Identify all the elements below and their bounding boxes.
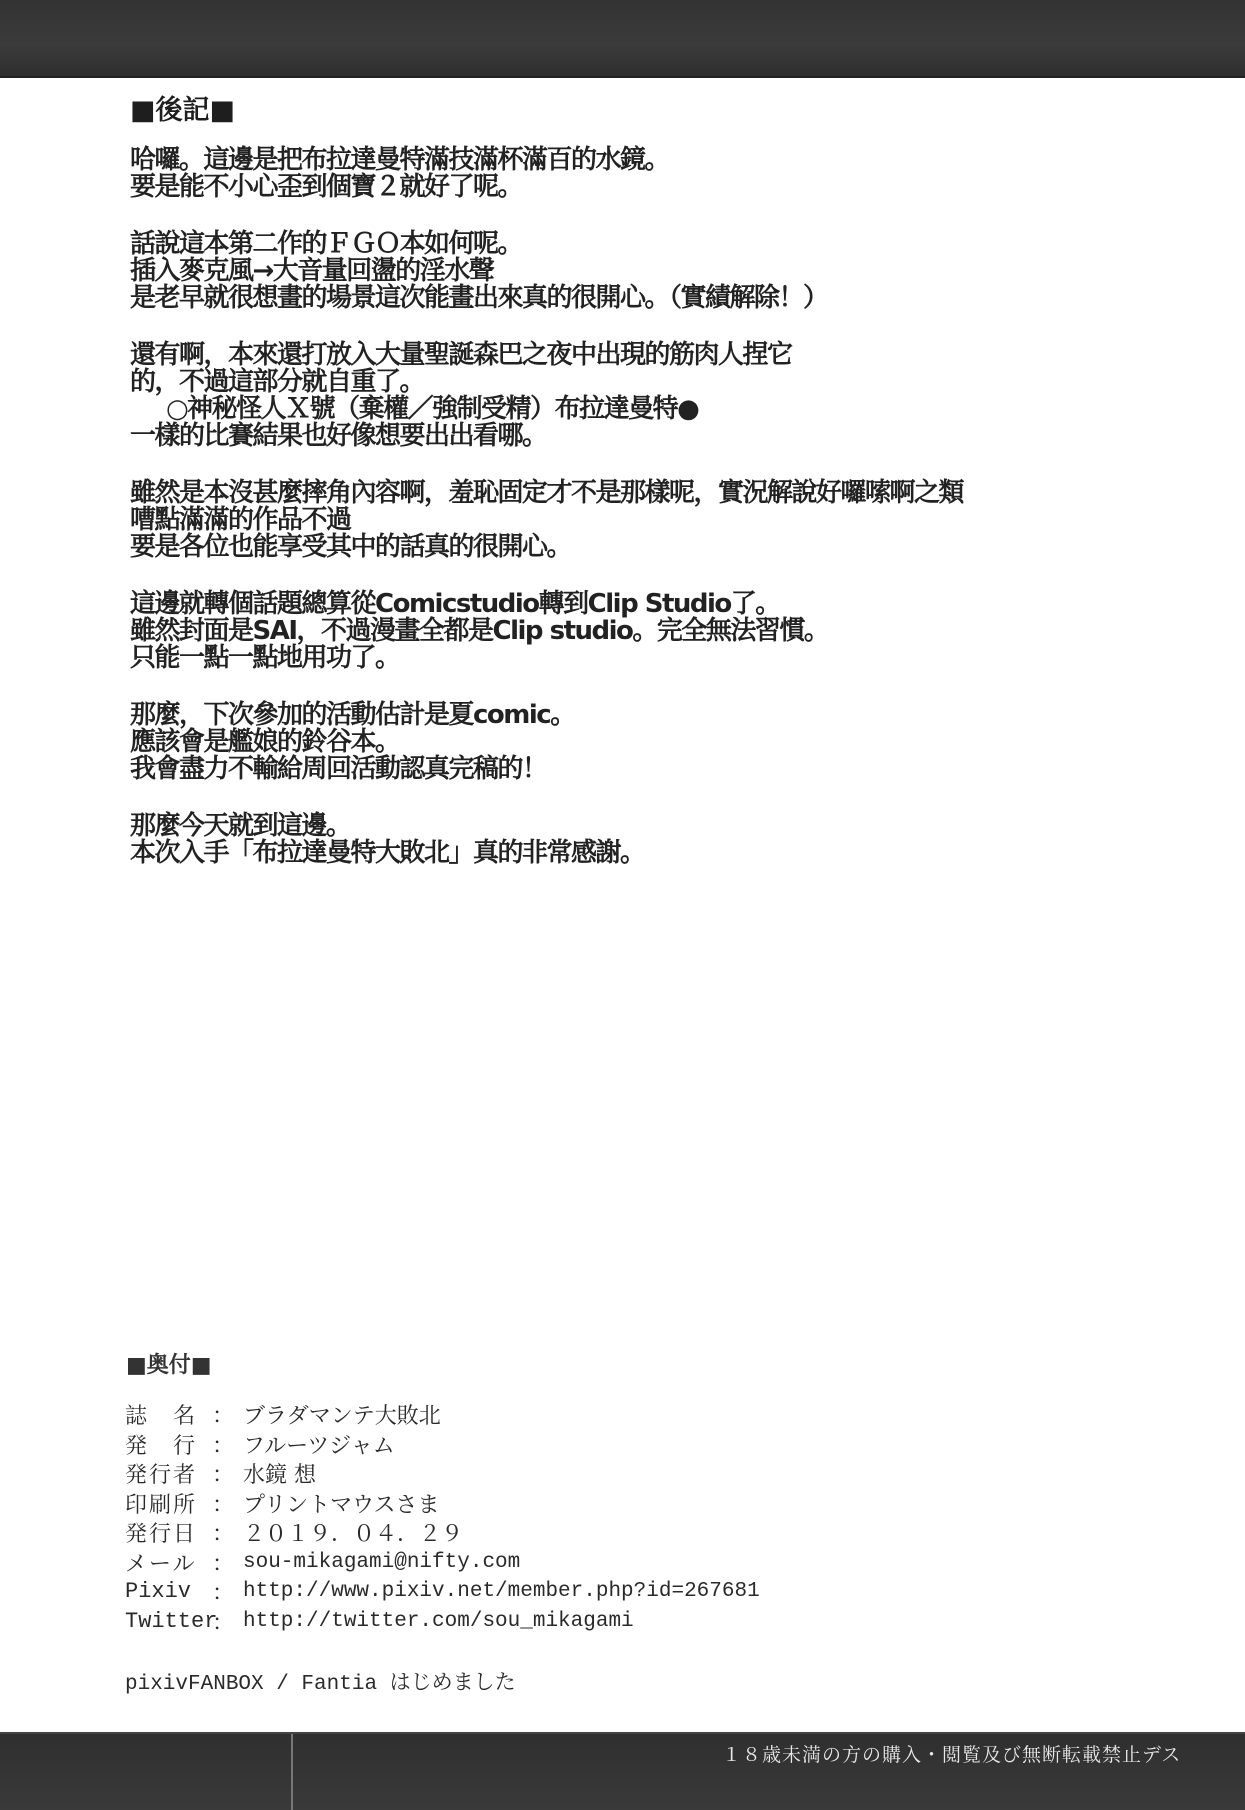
- afterword-line: 這邊就轉個話題總算從Comicstudio轉到Clip Studio了。: [130, 591, 1130, 618]
- colophon-row-pixiv: Pixiv ： http://www.pixiv.net/member.php?…: [125, 1577, 825, 1607]
- afterword-paragraph-4: 雖然是本沒甚麼摔角內容啊，羞恥固定才不是那樣呢，實況解說好囉嗦啊之類 嘈點滿滿的…: [130, 480, 1130, 561]
- colophon-key: 印刷所: [125, 1488, 208, 1519]
- afterword-line: 嘈點滿滿的作品不過: [130, 507, 1130, 534]
- afterword-paragraph-1: 哈囉。這邊是把布拉達曼特滿技滿杯滿百的水鏡。 要是能不小心歪到個寶２就好了呢。: [130, 147, 1130, 201]
- colophon-colon: ：: [208, 1399, 243, 1430]
- afterword-body: 哈囉。這邊是把布拉達曼特滿技滿杯滿百的水鏡。 要是能不小心歪到個寶２就好了呢。 …: [130, 147, 1130, 897]
- colophon-value: プリントマウスさま: [243, 1488, 439, 1519]
- colophon-row-email: メール ： sou-mikagami@nifty.com: [125, 1548, 825, 1578]
- afterword-line: 本次入手「布拉達曼特大敗北」真的非常感謝。: [130, 840, 1130, 867]
- afterword-line: 是老早就很想畫的場景這次能畫出來真的很開心。（實績解除！）: [130, 285, 1130, 312]
- afterword-line: 那麼，下次參加的活動估計是夏comic。: [130, 702, 1130, 729]
- colophon-key: 発行者: [125, 1458, 208, 1489]
- age-restriction-notice: １８歳未満の方の購入・閲覧及び無断転載禁止デス: [722, 1740, 1181, 1767]
- colophon-value: フルーツジャム: [243, 1429, 395, 1460]
- afterword-line: 雖然是本沒甚麼摔角內容啊，羞恥固定才不是那樣呢，實況解說好囉嗦啊之類: [130, 480, 1130, 507]
- top-dark-band: [0, 0, 1245, 78]
- colophon-value: ブラダマンテ大敗北: [243, 1399, 441, 1430]
- bottom-dark-band: １８歳未満の方の購入・閲覧及び無断転載禁止デス: [0, 1732, 1245, 1810]
- band-divider: [291, 1734, 293, 1810]
- afterword-line: 應該會是艦娘的鈴谷本。: [130, 729, 1130, 756]
- afterword-line: 要是能不小心歪到個寶２就好了呢。: [130, 174, 1130, 201]
- colophon-colon: ：: [208, 1458, 243, 1489]
- colophon-key: 発 行: [125, 1429, 208, 1460]
- colophon-key: メール: [125, 1547, 208, 1578]
- colophon-table: 誌 名 ： ブラダマンテ大敗北 発 行 ： フルーツジャム 発行者 ： 水鏡 想…: [125, 1400, 825, 1636]
- afterword-line: 要是各位也能享受其中的話真的很開心。: [130, 534, 1130, 561]
- colophon-email-link[interactable]: sou-mikagami@nifty.com: [243, 1551, 520, 1574]
- afterword-line: 我會盡力不輸給周回活動認真完稿的！: [130, 756, 1130, 783]
- colophon-colon: ：: [208, 1429, 243, 1460]
- afterword-heading: ■後記■: [130, 88, 235, 127]
- afterword-paragraph-7: 那麼今天就到這邊。 本次入手「布拉達曼特大敗北」真的非常感謝。: [130, 813, 1130, 867]
- afterword-paragraph-2: 話說這本第二作的ＦＧＯ本如何呢。 插入麥克風→大音量回盪的淫水聲 是老早就很想畫…: [130, 231, 1130, 312]
- colophon-row-twitter: Twitter ： http://twitter.com/sou_mikagam…: [125, 1607, 825, 1637]
- colophon-twitter-link[interactable]: http://twitter.com/sou_mikagami: [243, 1610, 634, 1633]
- colophon-colon: ：: [208, 1606, 243, 1637]
- afterword-paragraph-6: 那麼，下次參加的活動估計是夏comic。 應該會是艦娘的鈴谷本。 我會盡力不輸給…: [130, 702, 1130, 783]
- fanbox-fantia-note: pixivFANBOX / Fantia はじめました: [125, 1666, 516, 1696]
- afterword-line: 哈囉。這邊是把布拉達曼特滿技滿杯滿百的水鏡。: [130, 147, 1130, 174]
- afterword-line: 雖然封面是SAI，不過漫畫全都是Clip studio。完全無法習慣。: [130, 618, 1130, 645]
- colophon-key: 発行日: [125, 1517, 208, 1548]
- colophon-colon: ：: [208, 1547, 243, 1578]
- colophon-colon: ：: [208, 1517, 243, 1548]
- colophon-key: 誌 名: [125, 1399, 208, 1430]
- colophon-colon: ：: [208, 1488, 243, 1519]
- colophon-value: 水鏡 想: [243, 1458, 316, 1489]
- colophon-pixiv-link[interactable]: http://www.pixiv.net/member.php?id=26768…: [243, 1580, 760, 1603]
- colophon-row-date: 発行日 ： ２０１９．０４．２９: [125, 1518, 825, 1548]
- afterword-line: 話說這本第二作的ＦＧＯ本如何呢。: [130, 231, 1130, 258]
- afterword-line: 一樣的比賽結果也好像想要出出看哪。: [130, 423, 1130, 450]
- afterword-line: 的，不過這部分就自重了。: [130, 369, 1130, 396]
- colophon-row-author: 発行者 ： 水鏡 想: [125, 1459, 825, 1489]
- afterword-line-indented: ○神秘怪人Ｘ號（棄權／強制受精）布拉達曼特●: [130, 396, 1130, 423]
- afterword-line: 還有啊，本來還打放入大量聖誕森巴之夜中出現的筋肉人捏它: [130, 342, 1130, 369]
- colophon-key: Pixiv: [125, 1579, 208, 1604]
- afterword-line: 那麼今天就到這邊。: [130, 813, 1130, 840]
- colophon-row-printer: 印刷所 ： プリントマウスさま: [125, 1489, 825, 1519]
- colophon-colon: ：: [208, 1576, 243, 1607]
- colophon-row-title: 誌 名 ： ブラダマンテ大敗北: [125, 1400, 825, 1430]
- afterword-line: 插入麥克風→大音量回盪的淫水聲: [130, 258, 1130, 285]
- colophon-value: ２０１９．０４．２９: [243, 1517, 463, 1548]
- afterword-line: 只能一點一點地用功了。: [130, 645, 1130, 672]
- colophon-key: Twitter: [125, 1609, 208, 1634]
- colophon-row-publisher: 発 行 ： フルーツジャム: [125, 1430, 825, 1460]
- afterword-paragraph-3: 還有啊，本來還打放入大量聖誕森巴之夜中出現的筋肉人捏它 的，不過這部分就自重了。…: [130, 342, 1130, 450]
- colophon-heading: ■奥付■: [126, 1348, 212, 1379]
- afterword-paragraph-5: 這邊就轉個話題總算從Comicstudio轉到Clip Studio了。 雖然封…: [130, 591, 1130, 672]
